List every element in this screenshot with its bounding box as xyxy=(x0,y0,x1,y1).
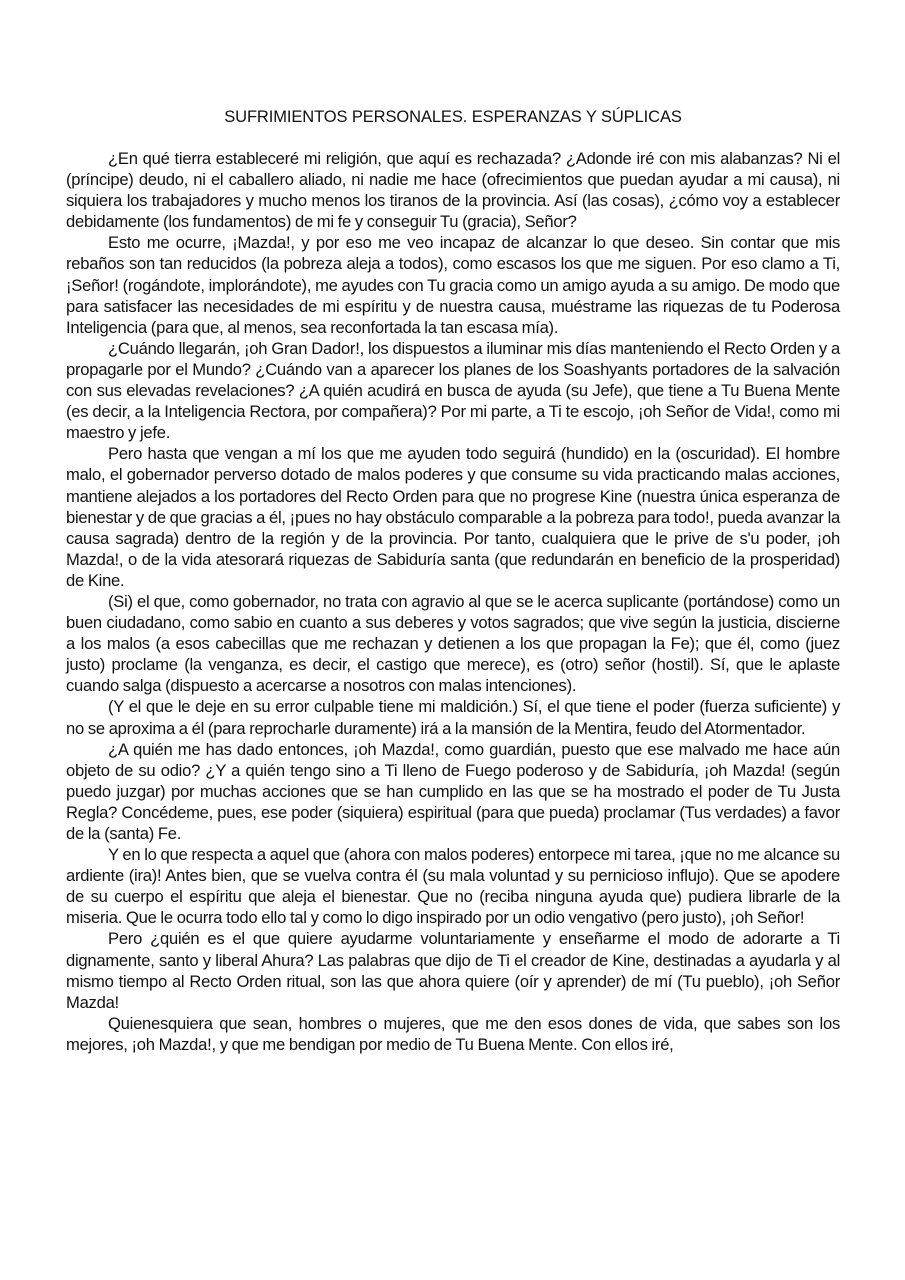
document-title: SUFRIMIENTOS PERSONALES. ESPERANZAS Y SÚ… xyxy=(66,106,840,128)
document-page: SUFRIMIENTOS PERSONALES. ESPERANZAS Y SÚ… xyxy=(66,106,840,1055)
paragraph-3: ¿Cuándo llegarán, ¡oh Gran Dador!, los d… xyxy=(66,338,840,443)
paragraph-4: Pero hasta que vengan a mí los que me ay… xyxy=(66,443,840,591)
paragraph-1: ¿En qué tierra estableceré mi religión, … xyxy=(66,148,840,232)
paragraph-2: Esto me ocurre, ¡Mazda!, y por eso me ve… xyxy=(66,232,840,337)
paragraph-5: (Si) el que, como gobernador, no trata c… xyxy=(66,591,840,696)
paragraph-7: ¿A quién me has dado entonces, ¡oh Mazda… xyxy=(66,739,840,844)
document-body: ¿En qué tierra estableceré mi religión, … xyxy=(66,148,840,1055)
paragraph-6: (Y el que le deje en su error culpable t… xyxy=(66,696,840,738)
paragraph-10: Quienesquiera que sean, hombres o mujere… xyxy=(66,1013,840,1055)
paragraph-9: Pero ¿quién es el que quiere ayudarme vo… xyxy=(66,928,840,1012)
paragraph-8: Y en lo que respecta a aquel que (ahora … xyxy=(66,844,840,928)
